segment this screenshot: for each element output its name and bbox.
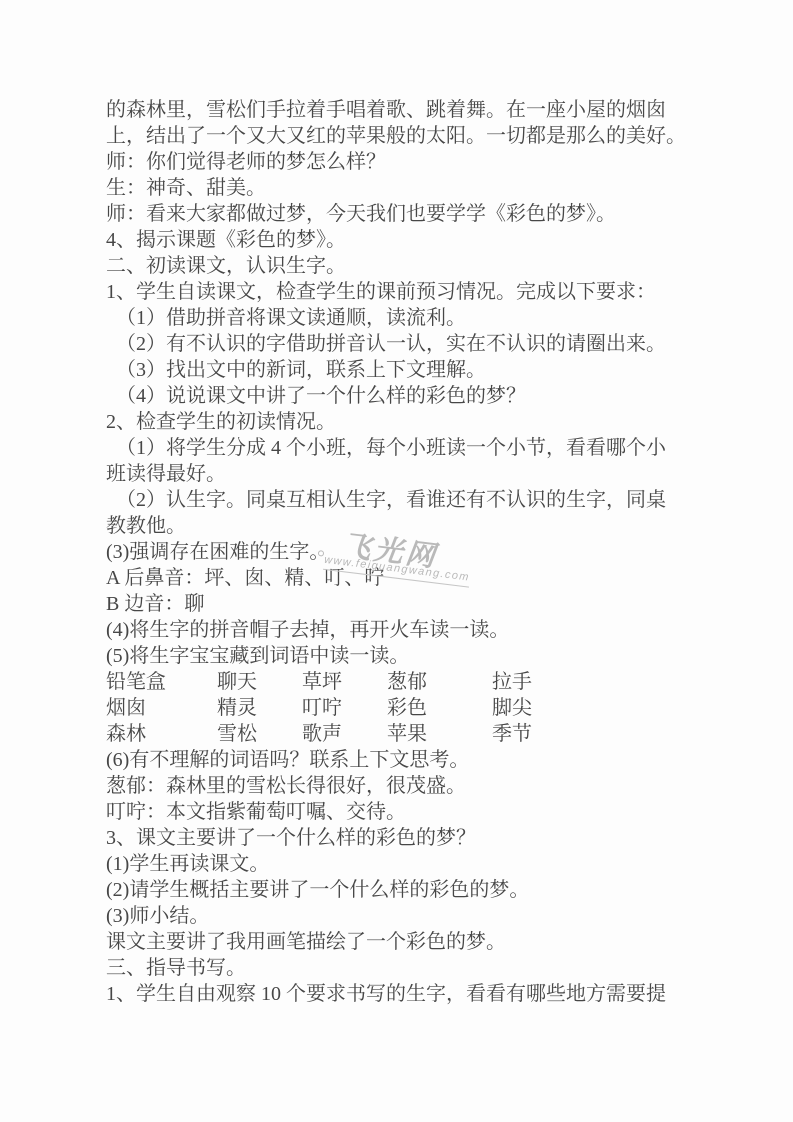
text-line: （3）找出文中的新词，联系上下文理解。 [106,357,716,383]
word-item: 苹果 [387,721,492,747]
text-line: 教教他。 [106,513,716,539]
text-line: 班读得最好。 [106,461,716,487]
word-item: 脚尖 [492,695,716,721]
text-line: 师：你们觉得老师的梦怎么样？ [106,149,716,175]
word-item: 烟囱 [106,695,217,721]
word-item: 铅笔盒 [106,669,217,695]
text-line: 1、学生自读课文，检查学生的课前预习情况。完成以下要求： [106,279,716,305]
text-line: (5)将生字宝宝藏到词语中读一读。 [106,643,716,669]
text-line: 4、揭示课题《彩色的梦》。 [106,227,716,253]
word-item: 叮咛 [302,695,387,721]
text-line: (2)请学生概括主要讲了一个什么样的彩色的梦。 [106,877,716,903]
text-line: 葱郁：森林里的雪松长得很好，很茂盛。 [106,773,716,799]
text-line: （1）将学生分成 4 个小班，每个小班读一个小节，看看哪个小 [106,435,716,461]
text-line: A 后鼻音：坪、囱、精、叮、咛 [106,565,716,591]
text-line: (4)将生字的拼音帽子去掉，再开火车读一读。 [106,617,716,643]
word-row: 铅笔盒聊天草坪葱郁拉手 [106,669,716,695]
text-line: 1、学生自由观察 10 个要求书写的生字，看看有哪些地方需要提 [106,981,716,1007]
text-line: 生：神奇、甜美。 [106,175,716,201]
word-row: 森林雪松歌声苹果季节 [106,721,716,747]
document-page: 的森林里，雪松们手拉着手唱着歌、跳着舞。在一座小屋的烟囱上，结出了一个又大又红的… [0,0,793,1122]
text-line: 三、指导书写。 [106,955,716,981]
text-line: 二、初读课文，认识生字。 [106,253,716,279]
text-line: (6)有不理解的词语吗？联系上下文思考。 [106,747,716,773]
word-item: 森林 [106,721,217,747]
word-item: 季节 [492,721,716,747]
word-item: 草坪 [302,669,387,695]
word-item: 葱郁 [387,669,492,695]
word-item: 精灵 [217,695,302,721]
text-line: 师：看来大家都做过梦，今天我们也要学学《彩色的梦》。 [106,201,716,227]
word-item: 彩色 [387,695,492,721]
text-line: (3)强调存在困难的生字。 [106,539,716,565]
text-line: 叮咛：本文指紫葡萄叮嘱、交待。 [106,799,716,825]
text-line: （4）说说课文中讲了一个什么样的彩色的梦？ [106,383,716,409]
text-line: 课文主要讲了我用画笔描绘了一个彩色的梦。 [106,929,716,955]
word-item: 雪松 [217,721,302,747]
text-line: （2）有不认识的字借助拼音认一认，实在不认识的请圈出来。 [106,331,716,357]
word-item: 聊天 [217,669,302,695]
text-line: B 边音：聊 [106,591,716,617]
text-line: 的森林里，雪松们手拉着手唱着歌、跳着舞。在一座小屋的烟囱 [106,97,716,123]
text-line: （1）借助拼音将课文读通顺，读流利。 [106,305,716,331]
word-item: 歌声 [302,721,387,747]
text-line: （2）认生字。同桌互相认生字，看谁还有不认识的生字，同桌 [106,487,716,513]
text-line: (1)学生再读课文。 [106,851,716,877]
word-item: 拉手 [492,669,716,695]
text-line: (3)师小结。 [106,903,716,929]
text-line: 2、检查学生的初读情况。 [106,409,716,435]
word-row: 烟囱精灵叮咛彩色脚尖 [106,695,716,721]
document-text: 的森林里，雪松们手拉着手唱着歌、跳着舞。在一座小屋的烟囱上，结出了一个又大又红的… [106,97,716,1007]
text-line: 3、课文主要讲了一个什么样的彩色的梦？ [106,825,716,851]
text-line: 上，结出了一个又大又红的苹果般的太阳。一切都是那么的美好。 [106,123,716,149]
